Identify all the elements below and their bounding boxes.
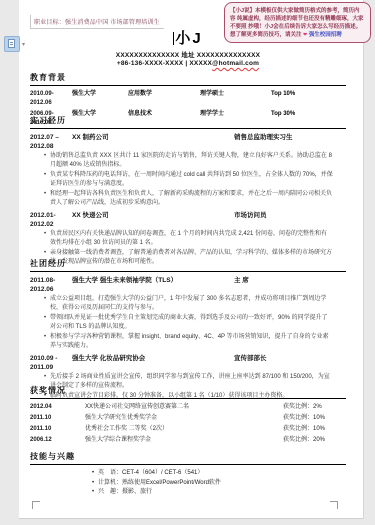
- chevron-down-icon[interactable]: ▾: [22, 41, 25, 48]
- award-period: 2011.10: [30, 414, 72, 423]
- section-internship: 实习经历 2012.07 – 2012.08 XX 制药公司 销售总监助理实习生…: [30, 115, 346, 270]
- entry-role: 销售总监助理实习生: [234, 133, 346, 151]
- bullet-item: 成立公益项目组，打造强生大学的公益门户，1 年中发展了 300 多名志愿者，并成…: [50, 295, 333, 313]
- callout-line3: 抄哦！小J会在后续告诉大家怎么写经历描述。: [248, 24, 361, 30]
- edu-rank: Top 10%: [271, 90, 346, 108]
- internship-entry-header: 2012.07 – 2012.08 XX 制药公司 销售总监助理实习生: [30, 133, 346, 151]
- entry-role: 宣传部部长: [234, 354, 346, 372]
- email-domain: @hotmail.com: [212, 60, 259, 67]
- skill-item: 计算机：熟练使用Excel/PowerPoint/Word软件: [98, 479, 346, 489]
- award-title: XX快递公司社交网络宣传创意赛第二名: [85, 403, 283, 412]
- bullet-item: 和经理一起拜访各科负责医生和负责人，了解新药采购流程的方案和要求，并在之后一周内…: [50, 190, 333, 208]
- edu-degree: 理学硕士: [200, 90, 271, 108]
- entry-organization: 强生大学 强生未来领袖学院（TLS）: [72, 276, 234, 294]
- award-ratio: 获奖比例：10%: [283, 414, 346, 423]
- edu-period: 2010.09-2012.06: [30, 90, 72, 108]
- section-awards: 获奖情况 2012.04 XX快递公司社交网络宣传创意赛第二名 获奖比例：2% …: [30, 385, 346, 447]
- education-row: 2010.09-2012.06 强生大学 应用数学 理学硕士 Top 10%: [30, 90, 346, 108]
- bullet-item: 负责居民区内有关快递品牌认知的问卷调查，在 1 个月的时间内共完成 2,421 …: [50, 230, 333, 248]
- skill-item: 兴 趣：摄影、旅行: [98, 488, 346, 498]
- section-title-awards: 获奖情况: [30, 385, 346, 399]
- award-ratio: 获奖比例：20%: [283, 436, 346, 445]
- entry-period: 2012.01-2012.02: [30, 211, 72, 229]
- edu-major: 应用数学: [128, 90, 200, 108]
- award-title: 强生大学研究生优秀奖学金: [85, 414, 283, 423]
- skills-list: 英 语：CET-4（604）/ CET-6（541） 计算机：熟练使用Excel…: [30, 469, 346, 498]
- award-period: 2012.04: [30, 403, 72, 412]
- contact-phone-email: +86-136-XXXX-XXXX | XXXXX@hotmail.com: [30, 60, 346, 67]
- award-ratio: 获奖比例：10%: [283, 425, 346, 434]
- campus-recruiting-link[interactable]: 强生校园招聘: [309, 32, 342, 38]
- award-title: 优秀社会工作奖 二等奖（2次）: [85, 425, 283, 434]
- document-page[interactable]: 职业目标：强生消费品中国 市场部管理培训生 小J XXXXXXXXXXXXXX …: [19, 0, 364, 519]
- award-row: 2011.10 优秀社会工作奖 二等奖（2次） 获奖比例：10%: [30, 425, 346, 434]
- award-title: 强生大学综合课程奖学金: [85, 436, 283, 445]
- section-clubs: 社团经历 2011.08-2012.06 强生大学 强生未来领袖学院（TLS） …: [30, 258, 346, 404]
- text-boundary-mark: [330, 501, 338, 509]
- bullet-item: 带领团队并见证一批优秀学生自主策划完成的商业大赛，得到选手及公司的一致好评，90…: [50, 314, 333, 332]
- award-row: 2011.10 强生大学研究生优秀奖学金 获奖比例：10%: [30, 414, 346, 423]
- entry-role: 市场访问员: [234, 211, 346, 229]
- entry-role: 主 席: [234, 276, 346, 294]
- resume-name: 小J: [175, 30, 202, 47]
- bullet-item: 协助销售总监负责 XXX 区共计 11 家医院的走访与销售，拜访关键人物，建立良…: [50, 152, 333, 170]
- section-title-education: 教育背景: [30, 72, 346, 86]
- section-title-clubs: 社团经历: [30, 258, 346, 272]
- text-boundary-mark: [32, 501, 40, 509]
- entry-organization: 强生大学 化妆品研究协会: [72, 354, 234, 372]
- bullet-item: 积极参与学习各种营销课程，掌握 insight、brand equity、4C、…: [50, 333, 333, 351]
- club-entry-header: 2011.08-2012.06 强生大学 强生未来领袖学院（TLS） 主 席: [30, 276, 346, 294]
- entry-period: 2012.07 – 2012.08: [30, 133, 72, 151]
- bullet-item: 负责某专科降压药的电话拜访，在一周时间内通过 cold call 共拜访到 50…: [50, 171, 333, 189]
- contact-address: XXXXXXXXXXXXXX 地址 XXXXXXXXXXXXXX: [30, 50, 346, 59]
- entry-company: XX 快递公司: [72, 211, 234, 229]
- callout-line4: 想了解更多简历技巧，请关注: [230, 32, 302, 38]
- club-entry-header: 2010.09 - 2011.09 强生大学 化妆品研究协会 宣传部部长: [30, 354, 346, 372]
- page-format-button[interactable]: [4, 36, 20, 52]
- award-ratio: 获奖比例：2%: [283, 403, 346, 412]
- internship-entry-header: 2012.01-2012.02 XX 快递公司 市场访问员: [30, 211, 346, 229]
- phone-number: +86-136-XXXX-XXXX: [117, 60, 183, 67]
- section-title-internship: 实习经历: [30, 115, 346, 129]
- club-bullets: 成立公益项目组，打造强生大学的公益门户，1 年中发展了 300 多名志愿者，并成…: [30, 295, 346, 351]
- internship-bullets: 协助销售总监负责 XXX 区共计 11 家医院的走访与销售，拜访关键人物，建立良…: [30, 152, 346, 208]
- section-title-skills: 技能与兴趣: [30, 451, 346, 465]
- award-period: 2006.12: [30, 436, 72, 445]
- edu-school: 强生大学: [72, 90, 128, 108]
- award-row: 2006.12 强生大学综合课程奖学金 获奖比例：20%: [30, 436, 346, 445]
- template-note-callout: 【小J说】本模板仅供大家做简历格式的参考，简历内容 纯属虚构，经历描述的细节也还…: [224, 2, 371, 43]
- entry-period: 2011.08-2012.06: [30, 276, 72, 294]
- section-skills: 技能与兴趣 英 语：CET-4（604）/ CET-6（541） 计算机：熟练使…: [30, 451, 346, 498]
- entry-company: XX 制药公司: [72, 133, 234, 151]
- heart-icon: ❤: [303, 32, 307, 38]
- separator: |: [185, 60, 187, 67]
- email-user: XXXXX: [189, 60, 212, 67]
- award-row: 2012.04 XX快递公司社交网络宣传创意赛第二名 获奖比例：2%: [30, 403, 346, 412]
- award-period: 2011.10: [30, 425, 72, 434]
- entry-period: 2010.09 - 2011.09: [30, 354, 72, 372]
- skill-item: 英 语：CET-4（604）/ CET-6（541）: [98, 469, 346, 479]
- document-icon: [8, 39, 15, 48]
